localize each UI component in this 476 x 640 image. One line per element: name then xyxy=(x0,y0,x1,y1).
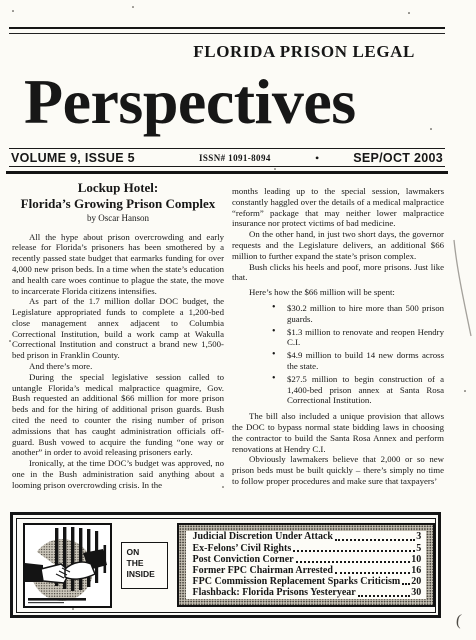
separator-bullet: • xyxy=(315,151,319,166)
article-paragraph: Obviously lawmakers believe that 2,000 o… xyxy=(232,454,444,486)
article-paragraph: Ironically, at the time DOC’s budget was… xyxy=(12,458,224,490)
scan-crease-artifact xyxy=(444,236,476,340)
right-column: months leading up to the special session… xyxy=(232,180,444,491)
top-rule-thin xyxy=(9,33,445,34)
toc-entry-title: Judicial Discretion Under Attack xyxy=(193,531,333,542)
scan-mark-artifact xyxy=(455,612,462,630)
toc-entry-title: Flashback: Florida Prisons Yesteryear xyxy=(193,587,356,598)
label-line: THE xyxy=(127,558,167,569)
article-paragraph: On the other hand, in just two short day… xyxy=(232,229,444,261)
top-rule-thick xyxy=(9,27,445,29)
left-column: Lockup Hotel: Florida’s Growing Prison C… xyxy=(12,180,224,491)
toc-entry-title: Ex-Felons’ Civil Rights xyxy=(193,543,292,554)
toc-dot-leader xyxy=(358,595,411,597)
inside-box: ONTHEINSIDE Judicial Discretion Under At… xyxy=(10,512,441,618)
spend-intro-paragraph: Here’s how the $66 million will be spent… xyxy=(232,287,444,298)
label-line: ON xyxy=(127,547,167,558)
spending-bullet-item: $1.3 million to renovate and reopen Hend… xyxy=(287,327,444,349)
scan-noise-specks xyxy=(12,10,14,12)
toc-dot-leader xyxy=(402,583,410,585)
left-paragraph-list: All the hype about prison overcrowding a… xyxy=(12,232,224,491)
label-line: INSIDE xyxy=(127,569,167,580)
article-title-line1: Lockup Hotel: xyxy=(12,180,224,196)
on-the-inside-label: ONTHEINSIDE xyxy=(121,542,168,589)
article-paragraph: All the hype about prison overcrowding a… xyxy=(12,232,224,297)
masthead-kicker: FLORIDA PRISON LEGAL xyxy=(193,42,415,62)
spending-bullet-item: $4.9 million to build 14 new dorms acros… xyxy=(287,350,444,372)
article-paragraph: And there’s more. xyxy=(12,361,224,372)
spending-bullet-item: $27.5 million to begin construction of a… xyxy=(287,374,444,406)
handshake-illustration-svg xyxy=(25,525,109,605)
right-paragraph-list-after: The bill also included a unique provisio… xyxy=(232,411,444,487)
toc-entry-page: 5 xyxy=(416,543,421,554)
toc-row: FPC Commission Replacement Sparks Critic… xyxy=(193,576,422,587)
toc-entry-page: 20 xyxy=(411,576,421,587)
masthead-bottom-rule xyxy=(6,171,448,174)
toc-dot-leader xyxy=(335,539,415,541)
toc-entry-page: 30 xyxy=(411,587,421,598)
toc-entry-title: Post Conviction Corner xyxy=(193,554,294,565)
article-paragraph: The bill also included a unique provisio… xyxy=(232,411,444,454)
volume-band: VOLUME 9, ISSUE 5 ISSN# 1091-8094 • SEP/… xyxy=(9,148,445,167)
masthead-title: Perspectives xyxy=(24,70,356,134)
article-byline: by Oscar Hanson xyxy=(12,213,224,224)
article-paragraph: During the special legislative session c… xyxy=(12,372,224,458)
issue-date: SEP/OCT 2003 xyxy=(353,151,443,165)
toc-entry-title: FPC Commission Replacement Sparks Critic… xyxy=(193,576,401,587)
volume-issue: VOLUME 9, ISSUE 5 xyxy=(11,151,135,165)
toc-dot-leader xyxy=(335,572,410,574)
toc-entry-page: 16 xyxy=(411,565,421,576)
toc-row: Ex-Felons’ Civil Rights 5 xyxy=(193,543,422,554)
toc-row: Judicial Discretion Under Attack 3 xyxy=(193,531,422,542)
handshake-through-bars-icon xyxy=(23,523,112,608)
article-paragraph-continuation: months leading up to the special session… xyxy=(232,186,444,229)
newsletter-front-page: FLORIDA PRISON LEGAL Perspectives VOLUME… xyxy=(0,0,476,640)
issn-number: ISSN# 1091-8094 xyxy=(199,153,271,163)
right-paragraph-list: On the other hand, in just two short day… xyxy=(232,229,444,283)
toc-row: Flashback: Florida Prisons Yesteryear 30 xyxy=(193,587,422,598)
toc-row: Post Conviction Corner 10 xyxy=(193,554,422,565)
spending-bullet-list: $30.2 million to hire more than 500 pris… xyxy=(232,303,444,406)
article-paragraph: As part of the 1.7 million dollar DOC bu… xyxy=(12,296,224,361)
table-of-contents-box: Judicial Discretion Under Attack 3 Ex-Fe… xyxy=(177,523,436,607)
article-columns: Lockup Hotel: Florida’s Growing Prison C… xyxy=(12,180,444,491)
table-of-contents-panel: Judicial Discretion Under Attack 3 Ex-Fe… xyxy=(186,531,427,599)
toc-entry-page: 3 xyxy=(416,531,421,542)
inside-box-inner: ONTHEINSIDE Judicial Discretion Under At… xyxy=(16,518,436,613)
toc-dot-leader xyxy=(293,550,415,552)
article-title-line2: Florida’s Growing Prison Complex xyxy=(12,196,224,212)
toc-row: Former FPC Chairman Arrested 16 xyxy=(193,565,422,576)
spending-bullet-item: $30.2 million to hire more than 500 pris… xyxy=(287,303,444,325)
toc-entry-title: Former FPC Chairman Arrested xyxy=(193,565,333,576)
toc-dot-leader xyxy=(296,561,411,563)
toc-entry-page: 10 xyxy=(411,554,421,565)
article-paragraph: Bush clicks his heels and poof, more pri… xyxy=(232,262,444,284)
